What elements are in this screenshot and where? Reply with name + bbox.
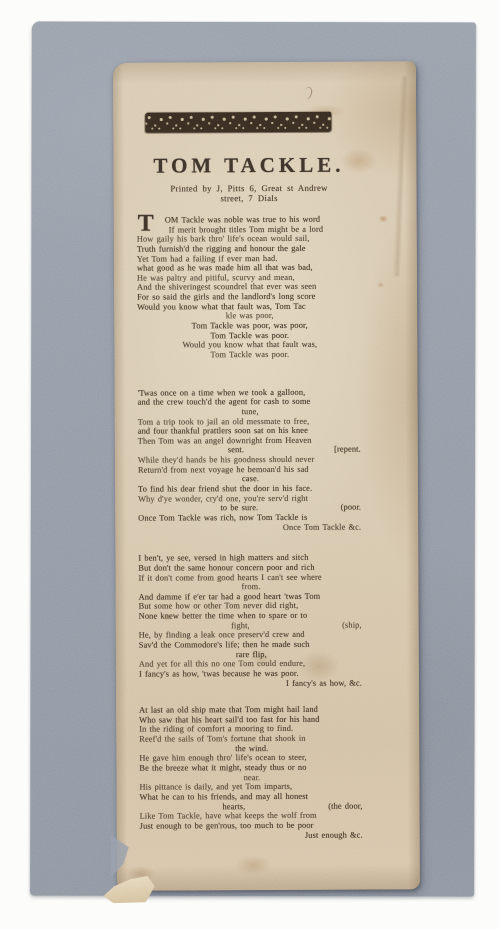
verse-line: Then Tom was an angel downright from Hea… — [138, 435, 363, 446]
mount-board: TOM TACKLE. Printed by J, Pitts 6, Great… — [30, 22, 476, 897]
verse-line: Once Tom Tackle &c. — [138, 522, 363, 533]
verse-line: Tom a trip took to jail an old messmate … — [138, 416, 363, 427]
verse-line: Like Tom Tackle, have what keeps the wol… — [140, 811, 365, 822]
verse-line: Reef'd the sails of Tom's fortune that s… — [139, 734, 364, 745]
stanza: I ben't, ye see, versed in high matters … — [138, 553, 364, 689]
verse-catchword: (ship, — [342, 620, 364, 630]
ballad-title: TOM TACKLE. — [136, 154, 361, 177]
verse-line: Just enough &c. — [140, 830, 365, 841]
verse-line: He gave him enough thro' life's ocean to… — [139, 753, 364, 764]
printer-imprint: Printed by J, Pitts 6, Great st Andrew s… — [137, 183, 362, 204]
verse-line: And yet for all this no one Tom could en… — [139, 659, 364, 670]
verse-catchword: [repent. — [334, 445, 363, 455]
printed-column: TOM TACKLE. Printed by J, Pitts 6, Great… — [136, 62, 365, 841]
verse-line: Tom Tackle was poor. — [137, 350, 362, 361]
drop-cap: T — [138, 213, 154, 235]
verse-catchword: (poor. — [341, 503, 364, 513]
stanza: At last an old ship mate that Tom might … — [139, 705, 365, 841]
verse-line: I fancy's as how, &c. — [139, 678, 364, 689]
verse-line: But some how or other Tom never did righ… — [139, 601, 364, 612]
corner-chip — [111, 835, 129, 877]
scan-page: { "page": { "background": "#fcfcfa" }, "… — [0, 0, 500, 929]
verse-line: from. — [138, 582, 363, 593]
verse-line: How gaily his bark thro' life's ocean wo… — [137, 234, 362, 245]
verse-catchword: (the door, — [328, 801, 364, 811]
verse-line: Yet Tom had a failing if ever man had. — [137, 253, 362, 264]
verse-text-column: TOM Tackle was noble was true to his wor… — [137, 215, 365, 841]
torn-flake — [102, 875, 156, 906]
floral-ornament-band — [145, 112, 331, 133]
verse-line: He, by finding a leak once preserv'd cre… — [139, 630, 364, 641]
verse-line: Why d'ye wonder, cry'd one, you're serv'… — [138, 493, 363, 504]
imprint-line-2: street, 7 Dials — [137, 193, 362, 204]
stanza: 'Twas once on a time when we took a gall… — [138, 387, 364, 533]
verse-text: to be sure. — [138, 503, 341, 514]
verse-line: to be sure.(poor. — [138, 503, 363, 514]
verse-line: Return'd from next voyage he bemoan'd hi… — [138, 464, 363, 475]
verse-line: kle was poor, — [137, 311, 362, 322]
broadside-paper: TOM TACKLE. Printed by J, Pitts 6, Great… — [113, 61, 420, 890]
verse-line: His pittance is daily, and yet Tom impar… — [139, 782, 364, 793]
paper-crease — [393, 76, 409, 276]
verse-line: And the shiveringest scoundrel that ever… — [137, 282, 362, 293]
stanza: TOM Tackle was noble was true to his wor… — [137, 215, 363, 361]
